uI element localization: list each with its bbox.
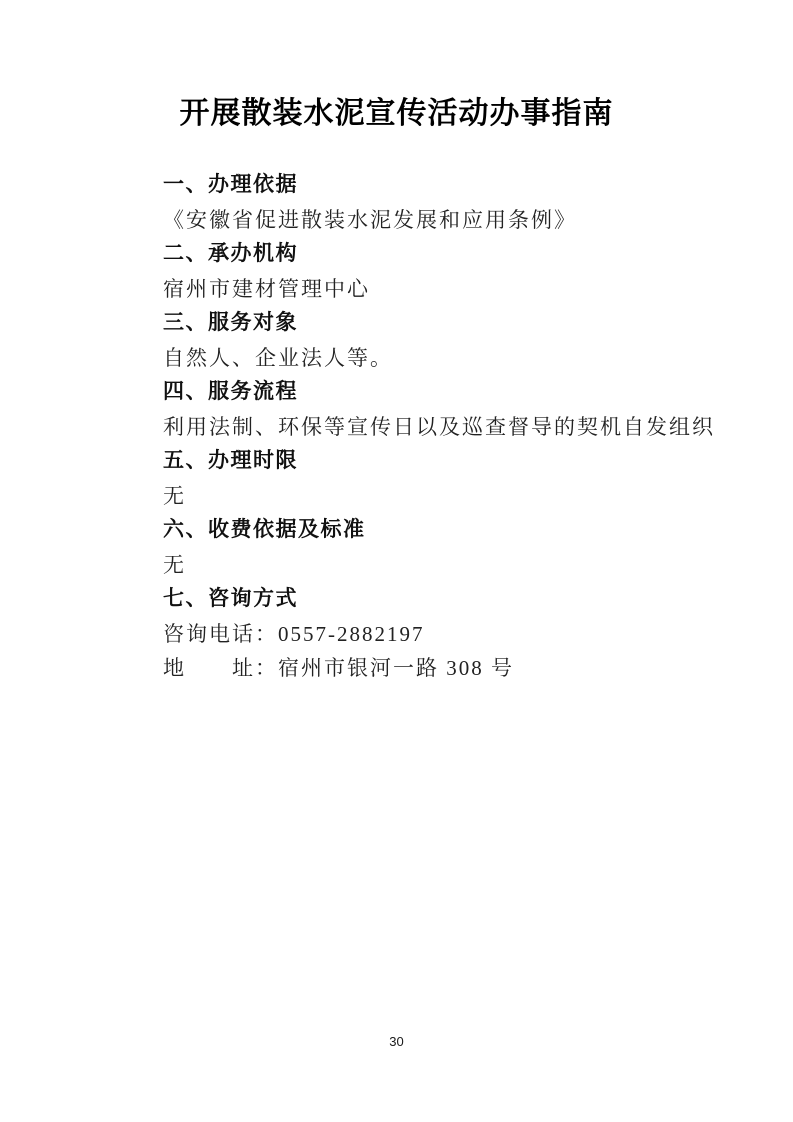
section-heading-consultation: 七、咨询方式 xyxy=(163,582,703,617)
section-body-basis: 《安徽省促进散装水泥发展和应用条例》 xyxy=(163,203,703,238)
section-body-time-limit: 无 xyxy=(163,479,703,514)
section-heading-service-target: 三、服务对象 xyxy=(163,306,703,341)
section-heading-fee-standard: 六、收费依据及标准 xyxy=(163,513,703,548)
document-body: 一、办理依据 《安徽省促进散装水泥发展和应用条例》 二、承办机构 宿州市建材管理… xyxy=(163,168,703,686)
document-page: 开展散装水泥宣传活动办事指南 一、办理依据 《安徽省促进散装水泥发展和应用条例》… xyxy=(0,0,793,1122)
section-heading-agency: 二、承办机构 xyxy=(163,237,703,272)
section-heading-service-process: 四、服务流程 xyxy=(163,375,703,410)
page-number: 30 xyxy=(0,1034,793,1049)
page-title: 开展散装水泥宣传活动办事指南 xyxy=(0,88,793,132)
section-body-agency: 宿州市建材管理中心 xyxy=(163,272,703,307)
contact-phone-line: 咨询电话：0557-2882197 xyxy=(163,617,703,652)
section-body-fee-standard: 无 xyxy=(163,548,703,583)
section-body-service-target: 自然人、企业法人等。 xyxy=(163,341,703,376)
section-body-service-process: 利用法制、环保等宣传日以及巡查督导的契机自发组织 xyxy=(163,410,703,445)
section-heading-basis: 一、办理依据 xyxy=(163,168,703,203)
section-heading-time-limit: 五、办理时限 xyxy=(163,444,703,479)
contact-address-line: 地 址：宿州市银河一路 308 号 xyxy=(163,651,703,686)
